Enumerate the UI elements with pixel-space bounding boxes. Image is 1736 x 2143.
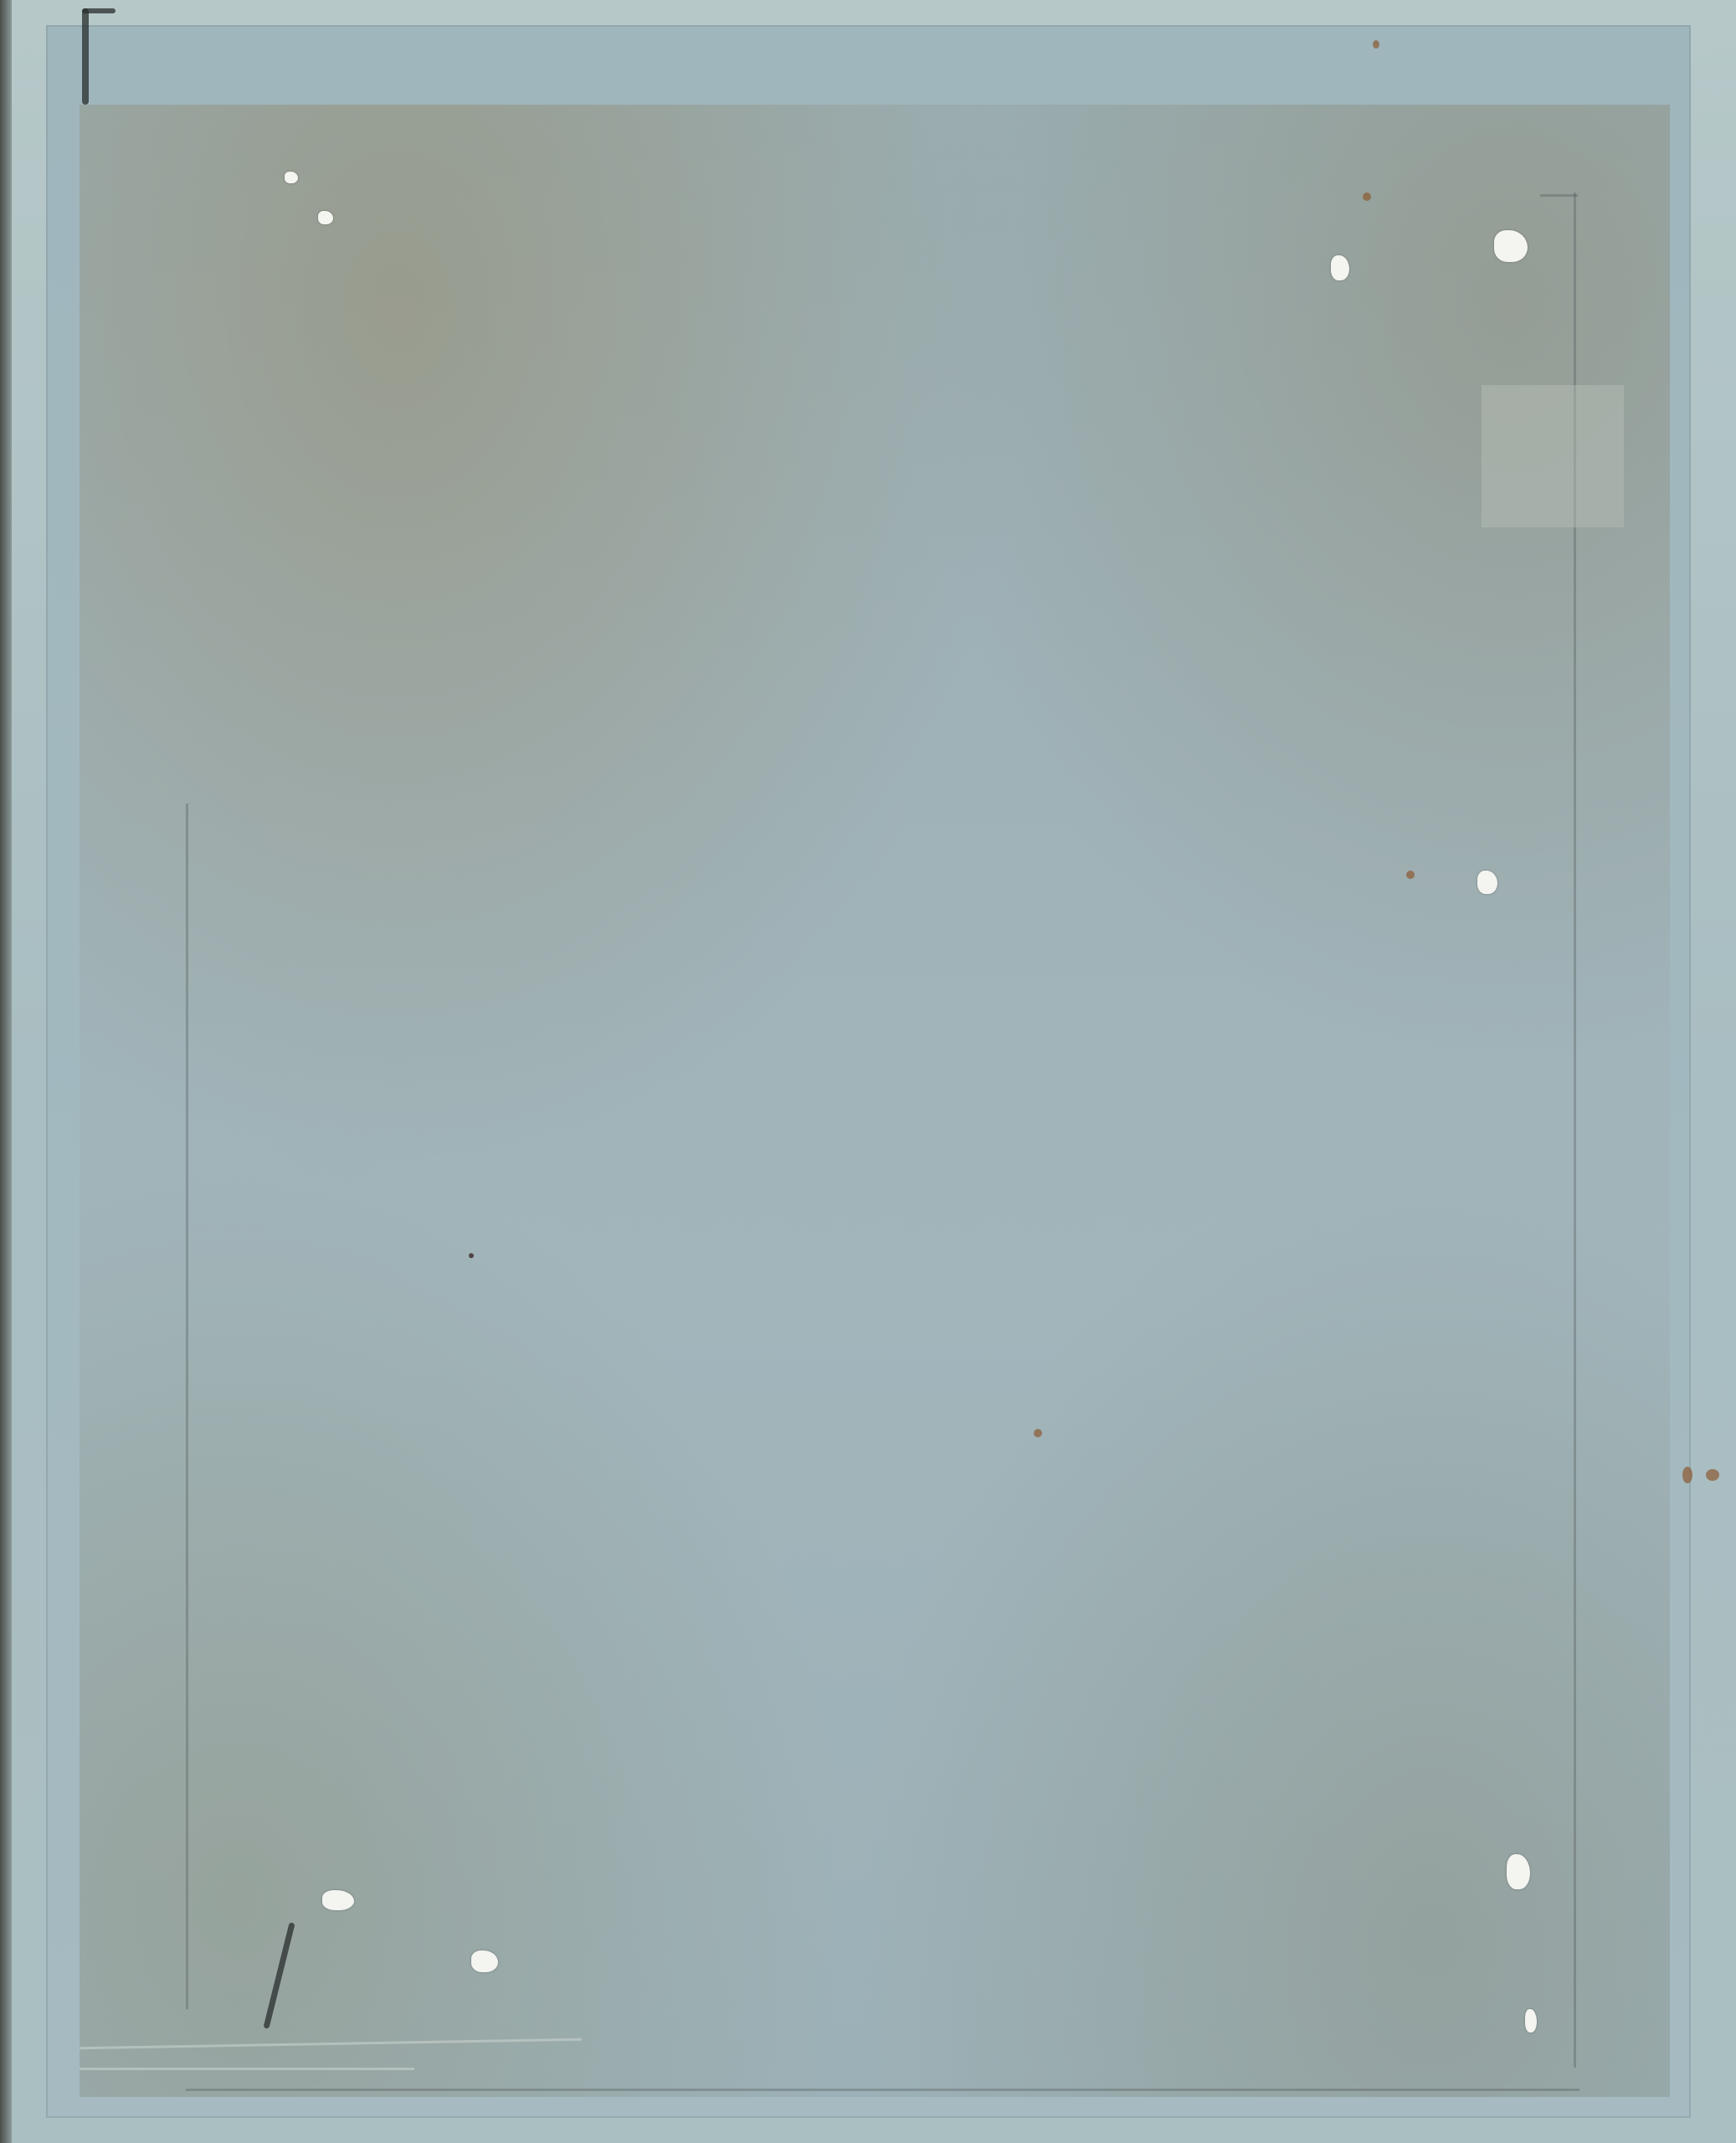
- pin-hole: [1507, 1854, 1530, 1889]
- pencil-border-top-right: [1540, 194, 1578, 197]
- ink-bracket-top: [82, 8, 116, 13]
- pin-hole: [1331, 255, 1349, 280]
- pin-hole: [285, 172, 298, 183]
- pin-hole: [1477, 871, 1497, 894]
- rust-stain: [1706, 1469, 1719, 1481]
- rust-stain: [469, 1253, 474, 1258]
- tape-patch: [1482, 385, 1624, 527]
- rust-stain: [1406, 871, 1415, 879]
- paper-crease: [80, 2068, 414, 2070]
- ink-bracket-mark: [82, 8, 89, 105]
- photo-stage: [0, 0, 1736, 2143]
- rust-stain: [1363, 193, 1371, 201]
- pin-hole: [471, 1950, 498, 1972]
- paper-sheet: [80, 105, 1670, 2097]
- rust-stain: [1373, 40, 1379, 49]
- rust-stain: [1682, 1467, 1692, 1483]
- pencil-border-left: [186, 804, 188, 2009]
- pin-hole: [1525, 2009, 1537, 2033]
- rust-stain: [1034, 1429, 1042, 1437]
- pin-hole: [322, 1890, 354, 1910]
- pencil-border-bottom: [186, 2089, 1579, 2091]
- pin-hole: [318, 211, 333, 224]
- backing-shadow-edge: [0, 0, 12, 2143]
- pin-hole: [1494, 230, 1528, 262]
